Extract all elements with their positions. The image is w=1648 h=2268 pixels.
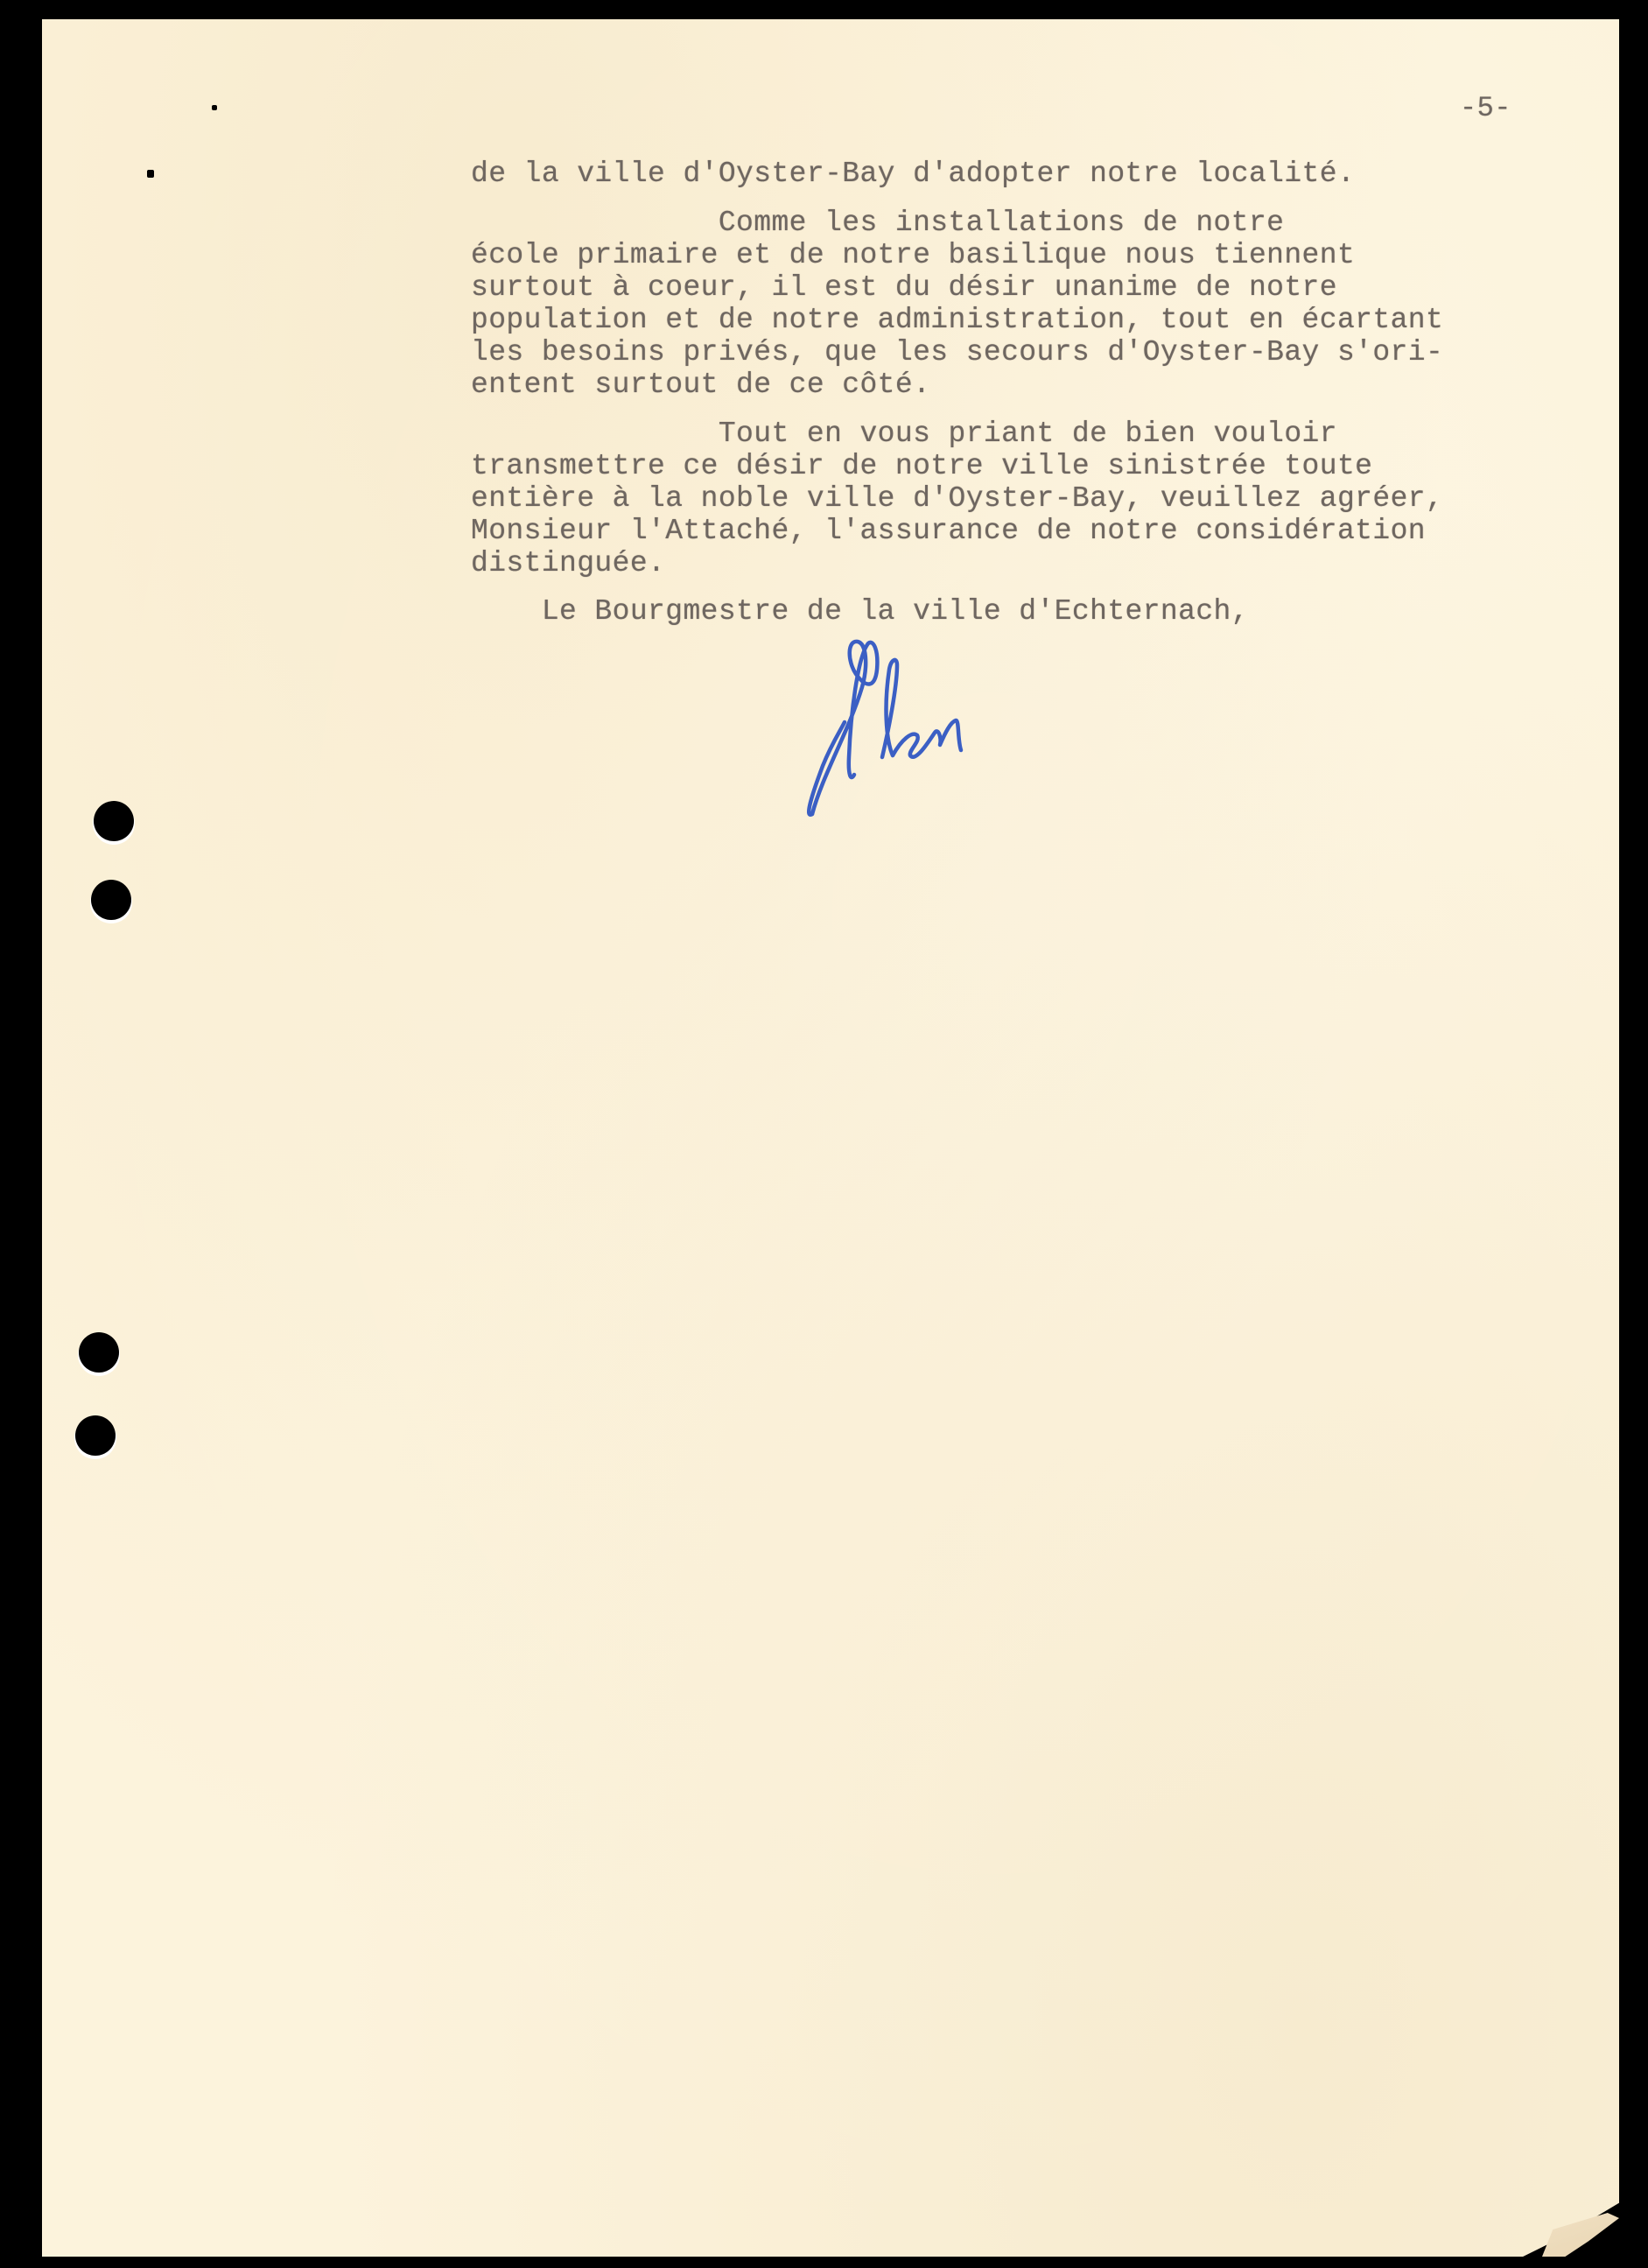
text-line: distinguée. (471, 547, 665, 579)
punch-hole-4 (75, 1415, 116, 1456)
text-line: surtout à coeur, il est du désir unanime… (471, 271, 1337, 304)
punch-hole-1 (94, 801, 134, 841)
closing-line: Le Bourgmestre de la ville d'Echternach, (471, 595, 1249, 628)
text-line: école primaire et de notre basilique nou… (471, 239, 1355, 271)
staple-mark-2 (147, 170, 154, 178)
text-line: entière à la noble ville d'Oyster-Bay, v… (471, 482, 1443, 515)
text-line: Monsieur l'Attaché, l'assurance de notre… (471, 515, 1426, 547)
staple-mark-1 (212, 105, 217, 110)
text-line: transmettre ce désir de notre ville sini… (471, 450, 1372, 482)
text-line: de la ville d'Oyster-Bay d'adopter notre… (471, 158, 1355, 190)
signature-icon (770, 635, 980, 827)
punch-hole-3 (79, 1332, 119, 1373)
text-line: entent surtout de ce côté. (471, 369, 930, 401)
page-number: -5- (1460, 92, 1511, 124)
punch-hole-2 (91, 880, 131, 920)
text-line: population et de notre administration, t… (471, 304, 1443, 336)
text-line: Comme les installations de notre (471, 207, 1284, 239)
text-line: Tout en vous priant de bien vouloir (471, 418, 1337, 450)
text-line: les besoins privés, que les secours d'Oy… (471, 336, 1443, 369)
